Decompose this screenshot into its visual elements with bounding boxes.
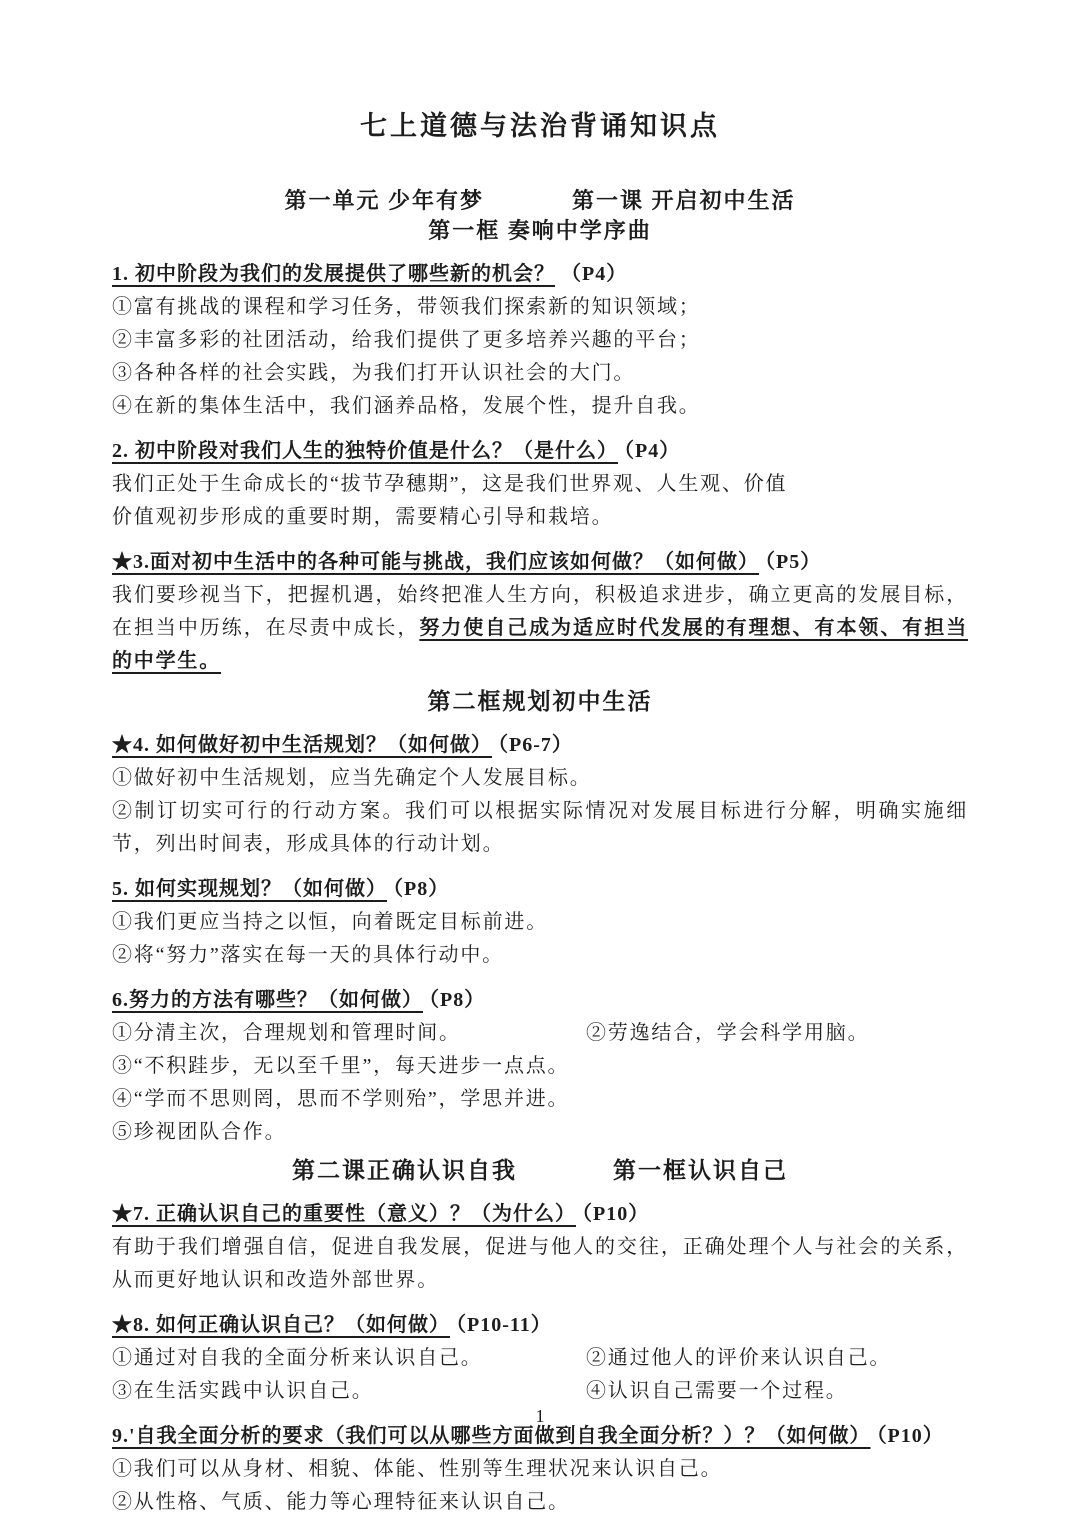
answer-item: ②通过他人的评价来认识自己。: [586, 1342, 968, 1375]
question-8-page-ref: （P10-11）: [456, 1314, 552, 1336]
question-1-header: 1. 初中阶段为我们的发展提供了哪些新的机会？（P4）: [112, 258, 968, 291]
question-4-title: ★4. 如何做好初中生活规划？（如何做）: [112, 734, 492, 756]
doc-title: 七上道德与法治背诵知识点: [112, 0, 968, 143]
question-3-header: ★3.面对初中生活中的各种可能与挑战，我们应该如何做？（如何做）（P5）: [112, 546, 968, 579]
answer-two-column-row: ③在生活实践中认识自己。 ④认识自己需要一个过程。: [112, 1375, 968, 1408]
frame-2-heading-row: 第二框规划初中生活: [112, 687, 968, 717]
question-7-title: ★7. 正确认识自己的重要性（意义）？（为什么）: [112, 1203, 576, 1225]
lesson-2-heading-row: 第二课正确认识自我 第一框认识自己: [112, 1156, 968, 1186]
answer-item: ③各种各样的社会实践，为我们打开认识社会的大门。: [112, 357, 968, 390]
frame-1-heading-row: 第一框 奏响中学序曲: [112, 216, 968, 246]
answer-item: ⑤珍视团队合作。: [112, 1116, 968, 1149]
answer-paragraph: 有助于我们增强自信，促进自我发展，促进与他人的交往，正确处理个人与社会的关系，从…: [112, 1231, 968, 1297]
question-4-page-ref: （P6-7）: [498, 734, 573, 756]
answer-line: 价值观初步形成的重要时期，需要精心引导和栽培。: [112, 501, 968, 534]
question-7-page-ref: （P10）: [582, 1203, 649, 1225]
question-6-page-ref: （P8）: [429, 989, 485, 1011]
answer-item: ①分清主次，合理规划和管理时间。: [112, 1017, 586, 1050]
question-1-page-ref: （P4）: [561, 263, 627, 285]
answer-item: ①通过对自我的全面分析来认识自己。: [112, 1342, 586, 1375]
answer-two-column-row: ①通过对自我的全面分析来认识自己。 ②通过他人的评价来认识自己。: [112, 1342, 968, 1375]
answer-item: ②制订切实可行的行动方案。我们可以根据实际情况对发展目标进行分解，明确实施细节，…: [112, 795, 968, 861]
page-number: 1: [0, 1406, 1080, 1427]
question-5-title: 5. 如何实现规划？（如何做）: [112, 878, 387, 900]
frame-3-heading: 第一框认识自己: [613, 1156, 788, 1186]
question-7-header: ★7. 正确认识自己的重要性（意义）？（为什么）（P10）: [112, 1198, 968, 1231]
frame-1-heading: 第一框 奏响中学序曲: [428, 216, 652, 246]
question-6-title: 6.努力的方法有哪些？（如何做）: [112, 989, 423, 1011]
question-9-page-ref: （P10）: [877, 1425, 944, 1447]
answer-line: 我们正处于生命成长的“拔节孕穗期”，这是我们世界观、人生观、价值: [112, 468, 968, 501]
document-page: 七上道德与法治背诵知识点 第一单元 少年有梦 第一课 开启初中生活 第一框 奏响…: [0, 0, 1080, 1527]
answer-item: ③在生活实践中认识自己。: [112, 1375, 586, 1408]
answer-item: ②丰富多彩的社团活动，给我们提供了更多培养兴趣的平台；: [112, 324, 968, 357]
answer-item: ④“学而不思则罔，思而不学则殆”，学思并进。: [112, 1083, 968, 1116]
question-2-page-ref: （P4）: [624, 440, 680, 462]
answer-item: ①富有挑战的课程和学习任务，带领我们探索新的知识领域；: [112, 291, 968, 324]
answer-two-column-row: ①分清主次，合理规划和管理时间。 ②劳逸结合，学会科学用脑。: [112, 1017, 968, 1050]
answer-item: ①做好初中生活规划，应当先确定个人发展目标。: [112, 762, 968, 795]
answer-paragraph: 我们要珍视当下，把握机遇，始终把准人生方向，积极追求进步，确立更高的发展目标，在…: [112, 579, 968, 678]
question-6-header: 6.努力的方法有哪些？（如何做）（P8）: [112, 984, 968, 1017]
question-5-header: 5. 如何实现规划？（如何做）（P8）: [112, 873, 968, 906]
question-3-page-ref: （P5）: [765, 551, 821, 573]
answer-item: ④在新的集体生活中，我们涵养品格，发展个性，提升自我。: [112, 390, 968, 423]
question-2-header: 2. 初中阶段对我们人生的独特价值是什么？（是什么）（P4）: [112, 435, 968, 468]
question-5-page-ref: （P8）: [393, 878, 449, 900]
answer-item: ③“不积跬步，无以至千里”，每天进步一点点。: [112, 1050, 968, 1083]
question-8-header: ★8. 如何正确认识自己？（如何做）（P10-11）: [112, 1309, 968, 1342]
question-3-title: ★3.面对初中生活中的各种可能与挑战，我们应该如何做？（如何做）: [112, 551, 759, 573]
question-2-title: 2. 初中阶段对我们人生的独特价值是什么？（是什么）: [112, 440, 618, 462]
frame-2-heading: 第二框规划初中生活: [428, 687, 653, 717]
answer-item: ①我们更应当持之以恒，向着既定目标前进。: [112, 906, 968, 939]
question-8-title: ★8. 如何正确认识自己？（如何做）: [112, 1314, 450, 1336]
answer-item: ②劳逸结合，学会科学用脑。: [586, 1017, 968, 1050]
unit-heading-row: 第一单元 少年有梦 第一课 开启初中生活: [112, 186, 968, 216]
unit-1-heading: 第一单元 少年有梦: [284, 186, 484, 216]
question-1-title: 1. 初中阶段为我们的发展提供了哪些新的机会？: [112, 263, 555, 285]
answer-item: ②从性格、气质、能力等心理特征来认识自己。: [112, 1486, 968, 1519]
question-9-title: 9.'自我全面分析的要求（我们可以从哪些方面做到自我全面分析？）？（如何做）: [112, 1425, 871, 1447]
lesson-2-heading: 第二课正确认识自我: [292, 1156, 517, 1186]
answer-item: ④认识自己需要一个过程。: [586, 1375, 968, 1408]
question-4-header: ★4. 如何做好初中生活规划？（如何做）（P6-7）: [112, 729, 968, 762]
answer-item: ②将“努力”落实在每一天的具体行动中。: [112, 939, 968, 972]
answer-item: ①我们可以从身材、相貌、体能、性别等生理状况来认识自己。: [112, 1453, 968, 1486]
lesson-1-heading: 第一课 开启初中生活: [572, 186, 796, 216]
